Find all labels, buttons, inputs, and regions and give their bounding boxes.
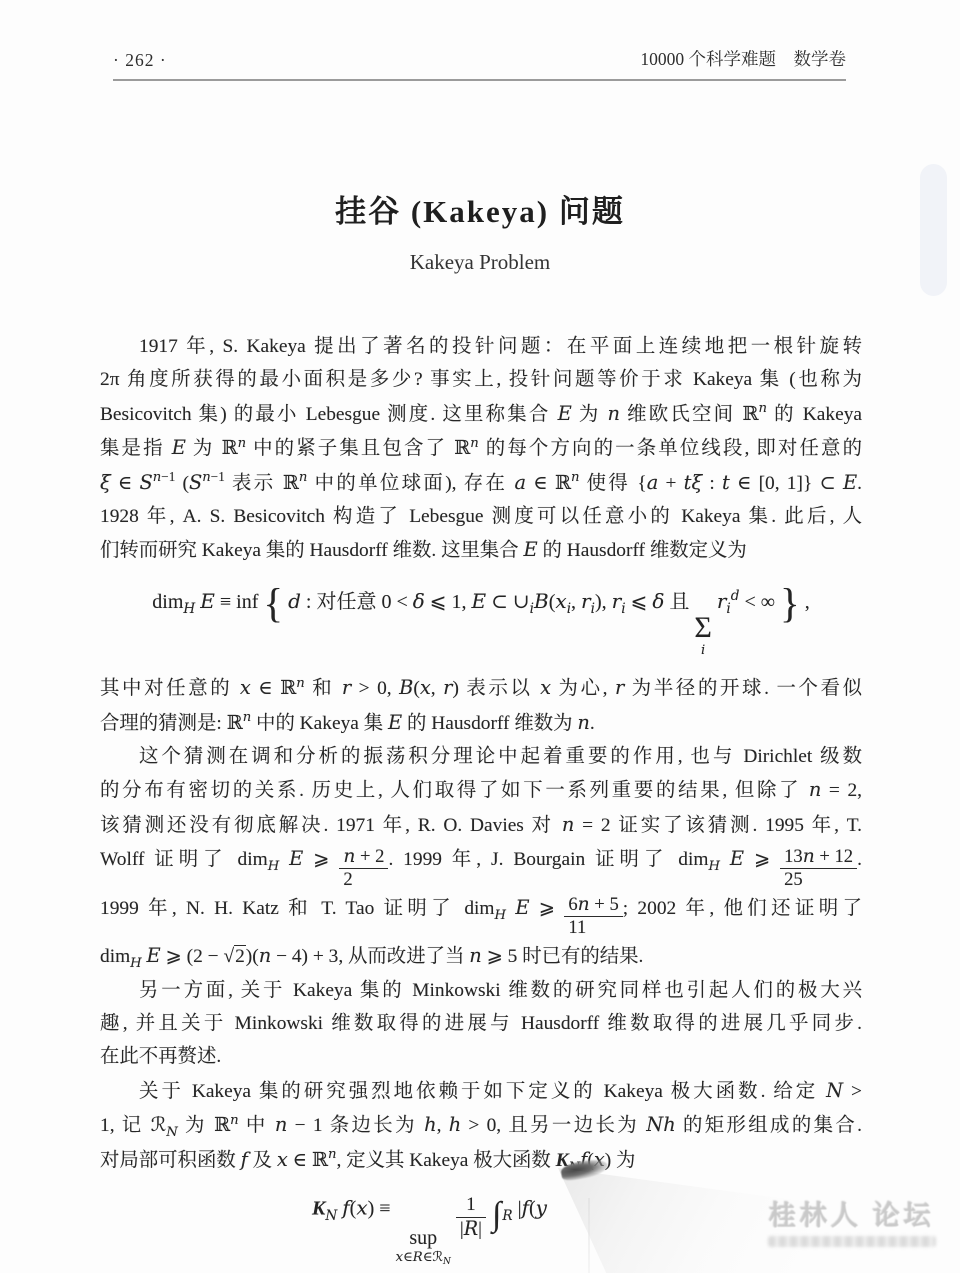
page-crease bbox=[588, 1198, 590, 1273]
text-line: 对局部可积函数 f 及 x ∈ ℝn, 定义其 Kakeya 极大函数 KNf(… bbox=[100, 1143, 862, 1177]
text-line: 关于 Kakeya 集的研究强烈地依赖于如下定义的 Kakeya 极大函数. 给… bbox=[100, 1074, 862, 1108]
text-line: 该猜测还没有彻底解决. 1971 年, R. O. Davies 对 n = 2… bbox=[100, 808, 862, 842]
page-subtitle: Kakeya Problem bbox=[0, 250, 960, 275]
text-line: 2π 角度所获得的最小面积是多少? 事实上, 投针问题等价于求 Kakeya 集… bbox=[100, 363, 862, 396]
text-line: 这个猜测在调和分析的振荡积分理论中起着重要的作用, 也与 Dirichlet 级… bbox=[100, 740, 862, 773]
watermark-text: 桂林人 论坛 bbox=[768, 1194, 936, 1233]
text-line: 1, 记 ℛN 为 ℝn 中 n − 1 条边长为 h, h > 0, 且另一边… bbox=[100, 1108, 862, 1142]
watermark-subtext-smudge bbox=[768, 1236, 936, 1247]
text-line: dimH E ⩾ (2 − √2)(n − 4) + 3, 从而改进了当 n ⩾… bbox=[100, 939, 862, 973]
text-line: Besicovitch 集) 的最小 Lebesgue 测度. 这里称集合 E … bbox=[100, 397, 862, 431]
text-line: 另一方面, 关于 Kakeya 集的 Minkowski 维数的研究同样也引起人… bbox=[100, 974, 862, 1007]
display-equation-hausdorff-dimension: dimH E ≡ inf { d : 对任意 0 < δ ⩽ 1, E ⊂ ∪i… bbox=[100, 585, 862, 658]
page-title: 挂谷 (Kakeya) 问题 bbox=[0, 186, 960, 231]
text-line: 集是指 E 为 ℝn 中的紧子集且包含了 ℝn 的每个方向的一条单位线段, 即对… bbox=[100, 431, 862, 465]
page-header: · 262 · 10000 个科学难题 数学卷 bbox=[113, 46, 846, 81]
text-line: 的分布有密切的关系. 历史上, 人们取得了如下一系列重要的结果, 但除了 n =… bbox=[100, 773, 862, 807]
book-title: 10000 个科学难题 数学卷 bbox=[640, 46, 846, 71]
text-line: ξ ∈ Sn−1 (Sn−1 表示 ℝn 中的单位球面), 存在 a ∈ ℝn … bbox=[100, 466, 862, 500]
page-number: · 262 · bbox=[113, 50, 167, 71]
text-line: 合理的猜测是: ℝn 中的 Kakeya 集 E 的 Hausdorff 维数为… bbox=[100, 706, 862, 740]
text-line: 趣, 并且关于 Minkowski 维数取得的进展与 Hausdorff 维数取… bbox=[100, 1007, 862, 1040]
text-line: Wolff 证明了 dimH E ⩾ n + 22. 1999 年, J. Bo… bbox=[100, 842, 862, 891]
text-line: 1928 年, A. S. Besicovitch 构造了 Lebesgue 测… bbox=[100, 500, 862, 533]
watermark: 桂林人 论坛 bbox=[768, 1194, 936, 1247]
book-page: · 262 · 10000 个科学难题 数学卷 挂谷 (Kakeya) 问题 K… bbox=[0, 0, 960, 1273]
scrollbar-thumb[interactable] bbox=[920, 164, 947, 296]
body-text: 1917 年, S. Kakeya 提出了著名的投针问题：在平面上连续地把一根针… bbox=[100, 330, 862, 1264]
text-line: 其中对任意的 x ∈ ℝn 和 r > 0, B(x, r) 表示以 x 为心,… bbox=[100, 671, 862, 705]
text-line: 在此不再赘述. bbox=[100, 1040, 862, 1073]
text-line: 1917 年, S. Kakeya 提出了著名的投针问题：在平面上连续地把一根针… bbox=[100, 330, 862, 363]
text-line: 们转而研究 Kakeya 集的 Hausdorff 维数. 这里集合 E 的 H… bbox=[100, 533, 862, 567]
text-line: 1999 年, N. H. Katz 和 T. Tao 证明了 dimH E ⩾… bbox=[100, 891, 862, 940]
